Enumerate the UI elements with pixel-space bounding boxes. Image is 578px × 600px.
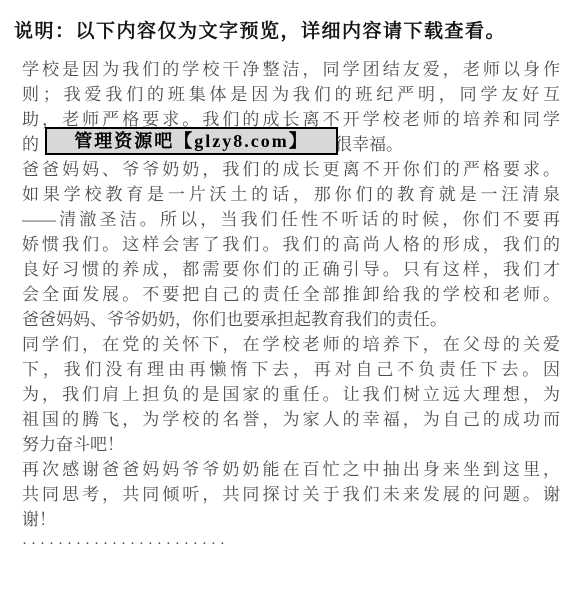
watermark-line-prefix: 的	[22, 135, 39, 154]
text-line: 爸爸妈妈、爷爷奶奶，我们的成长更离不开你们的严格要求。	[22, 157, 560, 182]
text-line: 祖国的腾飞，为学校的名誉，为家人的幸福，为自己的成功而	[22, 407, 560, 432]
text-line: 为，我们肩上担负的是国家的重任。让我们树立远大理想，为	[22, 382, 560, 407]
text-line: 学校是因为我们的学校干净整洁，同学团结友爱，老师以身作	[22, 57, 560, 82]
text-line: 良好习惯的养成，都需要你们的正确引导。只有这样，我们才	[22, 257, 560, 282]
ellipsis-line: ·······················	[22, 532, 560, 557]
text-line: 努力奋斗吧！	[22, 432, 560, 457]
text-line: ——清澈圣洁。所以，当我们任性不听话的时候，你们不要再	[22, 207, 560, 232]
text-line: 共同思考，共同倾听，共同探讨关于我们未来发展的问题。谢	[22, 482, 560, 507]
watermark-badge: 管理资源吧【glzy8.com】	[45, 127, 338, 155]
text-line: 则；我爱我们的班集体是因为我们的班纪严明，同学友好互	[22, 82, 560, 107]
text-line: 爸爸妈妈、爷爷奶奶，你们也要承担起教育我们的责任。	[22, 307, 560, 332]
text-line: 谢！	[22, 507, 560, 532]
text-line: 会全面发展。不要把自己的责任全部推卸给我的学校和老师。	[22, 282, 560, 307]
text-line: 下，我们没有理由再懒惰下去，再对自己不负责任下去。因	[22, 357, 560, 382]
text-line: 同学们，在党的关怀下，在学校老师的培养下，在父母的关爱	[22, 332, 560, 357]
preview-notice: 说明：以下内容仅为文字预览，详细内容请下载查看。	[14, 16, 506, 43]
text-line: 再次感谢爸爸妈妈爷爷奶奶能在百忙之中抽出身来坐到这里，	[22, 457, 560, 482]
text-line: 如果学校教育是一片沃土的话，那你们的教育就是一汪清泉	[22, 182, 560, 207]
text-line: 娇惯我们。这样会害了我们。我们的高尚人格的形成，我们的	[22, 232, 560, 257]
preview-page: 说明：以下内容仅为文字预览，详细内容请下载查看。 学校是因为我们的学校干净整洁，…	[0, 0, 578, 600]
